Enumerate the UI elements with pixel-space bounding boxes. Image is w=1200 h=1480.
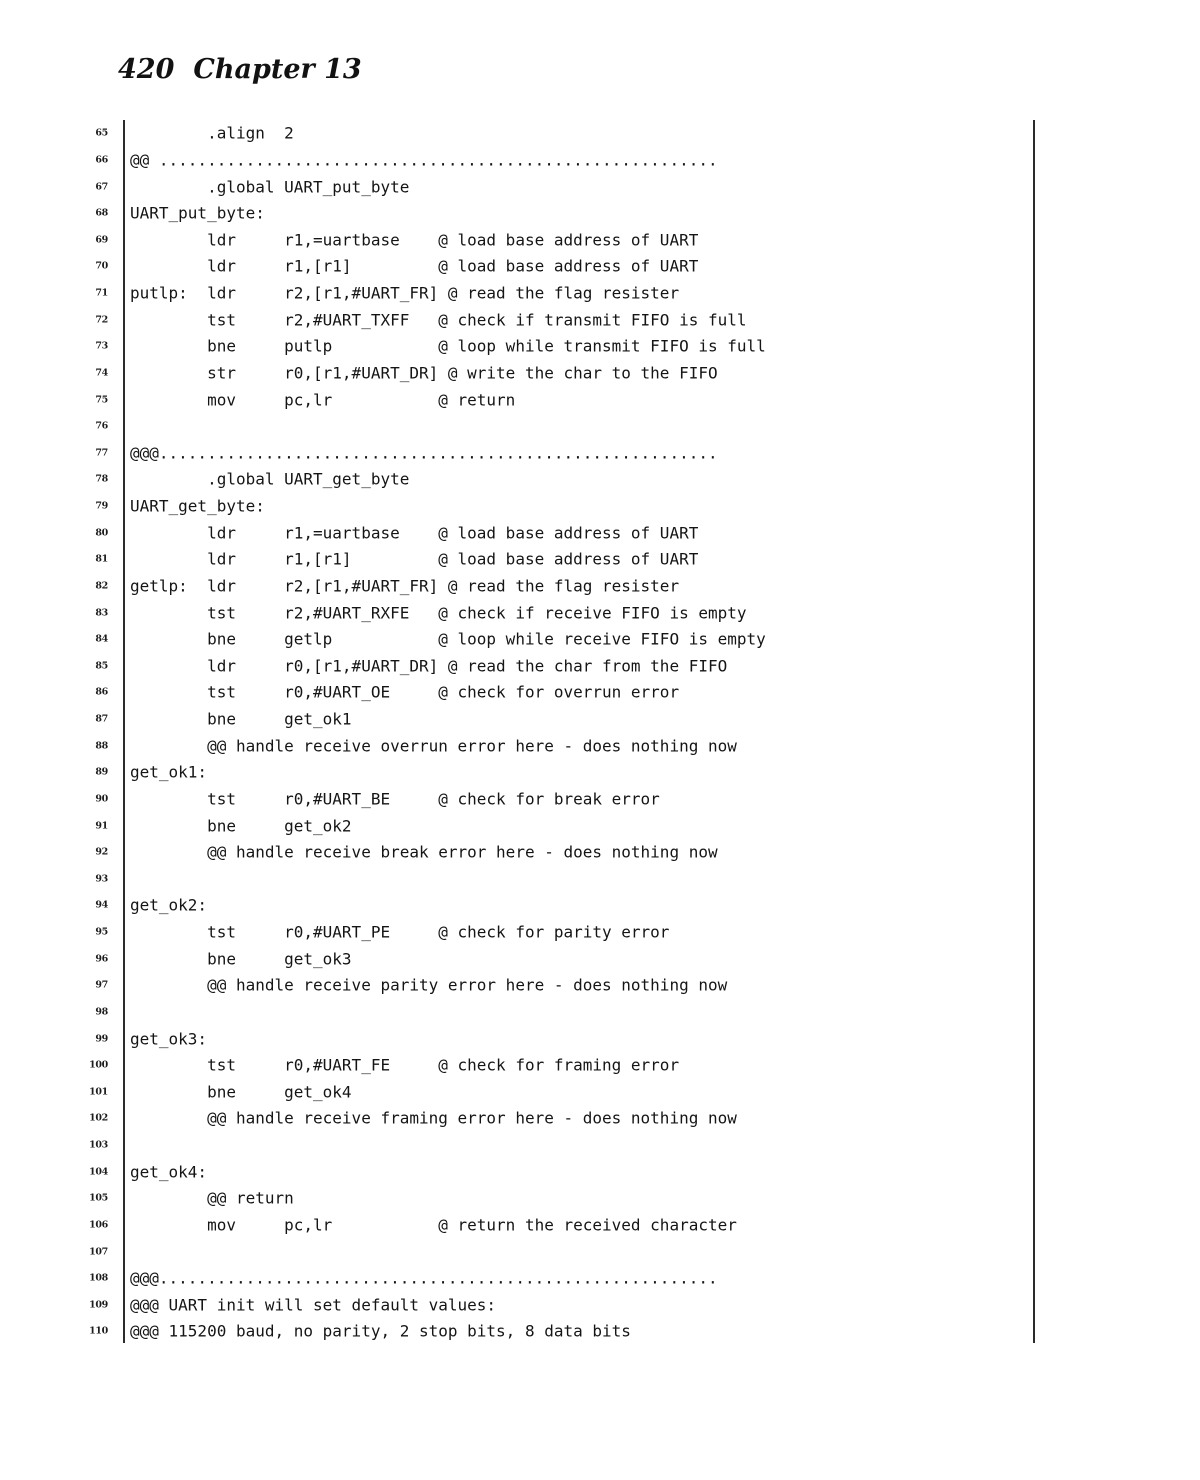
code-line: 101 bne get_ok4 [0, 1079, 1200, 1106]
code-line: 78 .global UART_get_byte [0, 466, 1200, 493]
line-number: 109 [58, 1299, 108, 1310]
line-number: 83 [58, 607, 108, 618]
line-number: 67 [58, 181, 108, 192]
code-line: 98 [0, 999, 1200, 1026]
code-text: tst r0,#UART_OE @ check for overrun erro… [130, 683, 679, 702]
code-text: tst r0,#UART_FE @ check for framing erro… [130, 1056, 679, 1075]
code-line: 75 mov pc,lr @ return [0, 386, 1200, 413]
code-line: 93 [0, 866, 1200, 893]
line-number: 85 [58, 660, 108, 671]
line-number: 65 [58, 128, 108, 139]
line-number: 66 [58, 154, 108, 165]
code-line: 82getlp: ldr r2,[r1,#UART_FR] @ read the… [0, 573, 1200, 600]
code-line: 84 bne getlp @ loop while receive FIFO i… [0, 626, 1200, 653]
code-line: 108@@@..................................… [0, 1265, 1200, 1292]
line-number: 74 [58, 367, 108, 378]
code-text: ldr r0,[r1,#UART_DR] @ read the char fro… [130, 656, 727, 675]
code-text: @@ handle receive parity error here - do… [130, 976, 727, 995]
code-line: 106 mov pc,lr @ return the received char… [0, 1212, 1200, 1239]
code-line: 65 .align 2 [0, 120, 1200, 147]
line-number: 105 [58, 1193, 108, 1204]
line-number: 95 [58, 927, 108, 938]
code-line: 85 ldr r0,[r1,#UART_DR] @ read the char … [0, 653, 1200, 680]
code-text: @@ handle receive break error here - doe… [130, 843, 718, 862]
code-line: 79UART_get_byte: [0, 493, 1200, 520]
code-line: 74 str r0,[r1,#UART_DR] @ write the char… [0, 360, 1200, 387]
line-number: 106 [58, 1219, 108, 1230]
code-line: 95 tst r0,#UART_PE @ check for parity er… [0, 919, 1200, 946]
code-line: 104get_ok4: [0, 1158, 1200, 1185]
line-number: 84 [58, 634, 108, 645]
code-line: 102 @@ handle receive framing error here… [0, 1105, 1200, 1132]
code-text: bne putlp @ loop while transmit FIFO is … [130, 337, 766, 356]
code-line: 94get_ok2: [0, 892, 1200, 919]
code-text: str r0,[r1,#UART_DR] @ write the char to… [130, 363, 718, 382]
code-text: bne get_ok2 [130, 816, 352, 835]
book-page: 420Chapter 13 65 .align 266@@ ..........… [0, 0, 1200, 1480]
code-lines: 65 .align 266@@ ........................… [0, 120, 1200, 1345]
line-number: 98 [58, 1006, 108, 1017]
code-text: bne getlp @ loop while receive FIFO is e… [130, 630, 766, 649]
line-number: 97 [58, 980, 108, 991]
code-line: 92 @@ handle receive break error here - … [0, 839, 1200, 866]
code-text: mov pc,lr @ return [130, 390, 515, 409]
line-number: 110 [58, 1326, 108, 1337]
code-text: bne get_ok3 [130, 949, 352, 968]
code-line: 68UART_put_byte: [0, 200, 1200, 227]
line-number: 102 [58, 1113, 108, 1124]
code-text: ldr r1,[r1] @ load base address of UART [130, 257, 698, 276]
code-text: get_ok1: [130, 763, 207, 782]
code-line: 90 tst r0,#UART_BE @ check for break err… [0, 786, 1200, 813]
code-text: ldr r1,[r1] @ load base address of UART [130, 550, 698, 569]
code-text: ldr r1,=uartbase @ load base address of … [130, 230, 698, 249]
line-number: 99 [58, 1033, 108, 1044]
code-line: 86 tst r0,#UART_OE @ check for overrun e… [0, 679, 1200, 706]
line-number: 93 [58, 873, 108, 884]
code-line: 80 ldr r1,=uartbase @ load base address … [0, 519, 1200, 546]
code-line: 76 [0, 413, 1200, 440]
code-text: mov pc,lr @ return the received characte… [130, 1215, 737, 1234]
page-number: 420 [118, 54, 174, 85]
line-number: 68 [58, 208, 108, 219]
code-text: tst r2,#UART_RXFE @ check if receive FIF… [130, 603, 747, 622]
code-text: UART_put_byte: [130, 204, 265, 223]
code-text: @@@ UART init will set default values: [130, 1295, 496, 1314]
line-number: 92 [58, 847, 108, 858]
code-text: @@@.....................................… [130, 443, 718, 462]
line-number: 75 [58, 394, 108, 405]
code-listing: 65 .align 266@@ ........................… [0, 120, 1200, 1350]
code-line: 110@@@ 115200 baud, no parity, 2 stop bi… [0, 1318, 1200, 1345]
code-text: .global UART_get_byte [130, 470, 409, 489]
code-line: 100 tst r0,#UART_FE @ check for framing … [0, 1052, 1200, 1079]
code-text: putlp: ldr r2,[r1,#UART_FR] @ read the f… [130, 284, 679, 303]
line-number: 89 [58, 767, 108, 778]
code-line: 71putlp: ldr r2,[r1,#UART_FR] @ read the… [0, 280, 1200, 307]
code-text: getlp: ldr r2,[r1,#UART_FR] @ read the f… [130, 576, 679, 595]
code-line: 109@@@ UART init will set default values… [0, 1292, 1200, 1319]
line-number: 91 [58, 820, 108, 831]
code-line: 107 [0, 1238, 1200, 1265]
code-line: 103 [0, 1132, 1200, 1159]
code-text: tst r0,#UART_BE @ check for break error [130, 789, 660, 808]
code-line: 97 @@ handle receive parity error here -… [0, 972, 1200, 999]
code-text: tst r2,#UART_TXFF @ check if transmit FI… [130, 310, 747, 329]
line-number: 79 [58, 501, 108, 512]
code-line: 72 tst r2,#UART_TXFF @ check if transmit… [0, 306, 1200, 333]
code-text: bne get_ok1 [130, 710, 352, 729]
code-line: 105 @@ return [0, 1185, 1200, 1212]
page-header: 420Chapter 13 [118, 54, 362, 85]
code-line: 73 bne putlp @ loop while transmit FIFO … [0, 333, 1200, 360]
code-line: 91 bne get_ok2 [0, 812, 1200, 839]
code-line: 83 tst r2,#UART_RXFE @ check if receive … [0, 599, 1200, 626]
line-number: 90 [58, 793, 108, 804]
code-text: ldr r1,=uartbase @ load base address of … [130, 523, 698, 542]
code-text: get_ok4: [130, 1162, 207, 1181]
code-line: 69 ldr r1,=uartbase @ load base address … [0, 227, 1200, 254]
code-line: 99get_ok3: [0, 1025, 1200, 1052]
code-line: 70 ldr r1,[r1] @ load base address of UA… [0, 253, 1200, 280]
code-text: tst r0,#UART_PE @ check for parity error [130, 923, 669, 942]
code-text: .align 2 [130, 124, 294, 143]
code-text: @@ handle receive overrun error here - d… [130, 736, 737, 755]
code-line: 87 bne get_ok1 [0, 706, 1200, 733]
line-number: 107 [58, 1246, 108, 1257]
line-number: 87 [58, 714, 108, 725]
code-line: 67 .global UART_put_byte [0, 173, 1200, 200]
code-text: .global UART_put_byte [130, 177, 409, 196]
code-text: get_ok2: [130, 896, 207, 915]
line-number: 86 [58, 687, 108, 698]
line-number: 103 [58, 1140, 108, 1151]
code-line: 88 @@ handle receive overrun error here … [0, 732, 1200, 759]
code-text: @@@.....................................… [130, 1269, 718, 1288]
code-line: 66@@ ...................................… [0, 147, 1200, 174]
code-text: bne get_ok4 [130, 1082, 352, 1101]
line-number: 76 [58, 421, 108, 432]
line-number: 94 [58, 900, 108, 911]
line-number: 70 [58, 261, 108, 272]
code-line: 77@@@...................................… [0, 440, 1200, 467]
code-text: UART_get_byte: [130, 497, 265, 516]
line-number: 108 [58, 1273, 108, 1284]
code-text: @@ .....................................… [130, 150, 718, 169]
line-number: 80 [58, 527, 108, 538]
chapter-title: Chapter 13 [193, 54, 361, 85]
line-number: 101 [58, 1086, 108, 1097]
line-number: 77 [58, 447, 108, 458]
code-text: @@@ 115200 baud, no parity, 2 stop bits,… [130, 1322, 631, 1341]
code-line: 81 ldr r1,[r1] @ load base address of UA… [0, 546, 1200, 573]
line-number: 73 [58, 341, 108, 352]
line-number: 88 [58, 740, 108, 751]
line-number: 104 [58, 1166, 108, 1177]
line-number: 78 [58, 474, 108, 485]
code-text: @@ handle receive framing error here - d… [130, 1109, 737, 1128]
line-number: 71 [58, 288, 108, 299]
line-number: 82 [58, 580, 108, 591]
code-line: 89get_ok1: [0, 759, 1200, 786]
line-number: 69 [58, 234, 108, 245]
line-number: 81 [58, 554, 108, 565]
code-text: @@ return [130, 1189, 294, 1208]
line-number: 96 [58, 953, 108, 964]
code-text: get_ok3: [130, 1029, 207, 1048]
line-number: 100 [58, 1060, 108, 1071]
code-line: 96 bne get_ok3 [0, 945, 1200, 972]
line-number: 72 [58, 314, 108, 325]
